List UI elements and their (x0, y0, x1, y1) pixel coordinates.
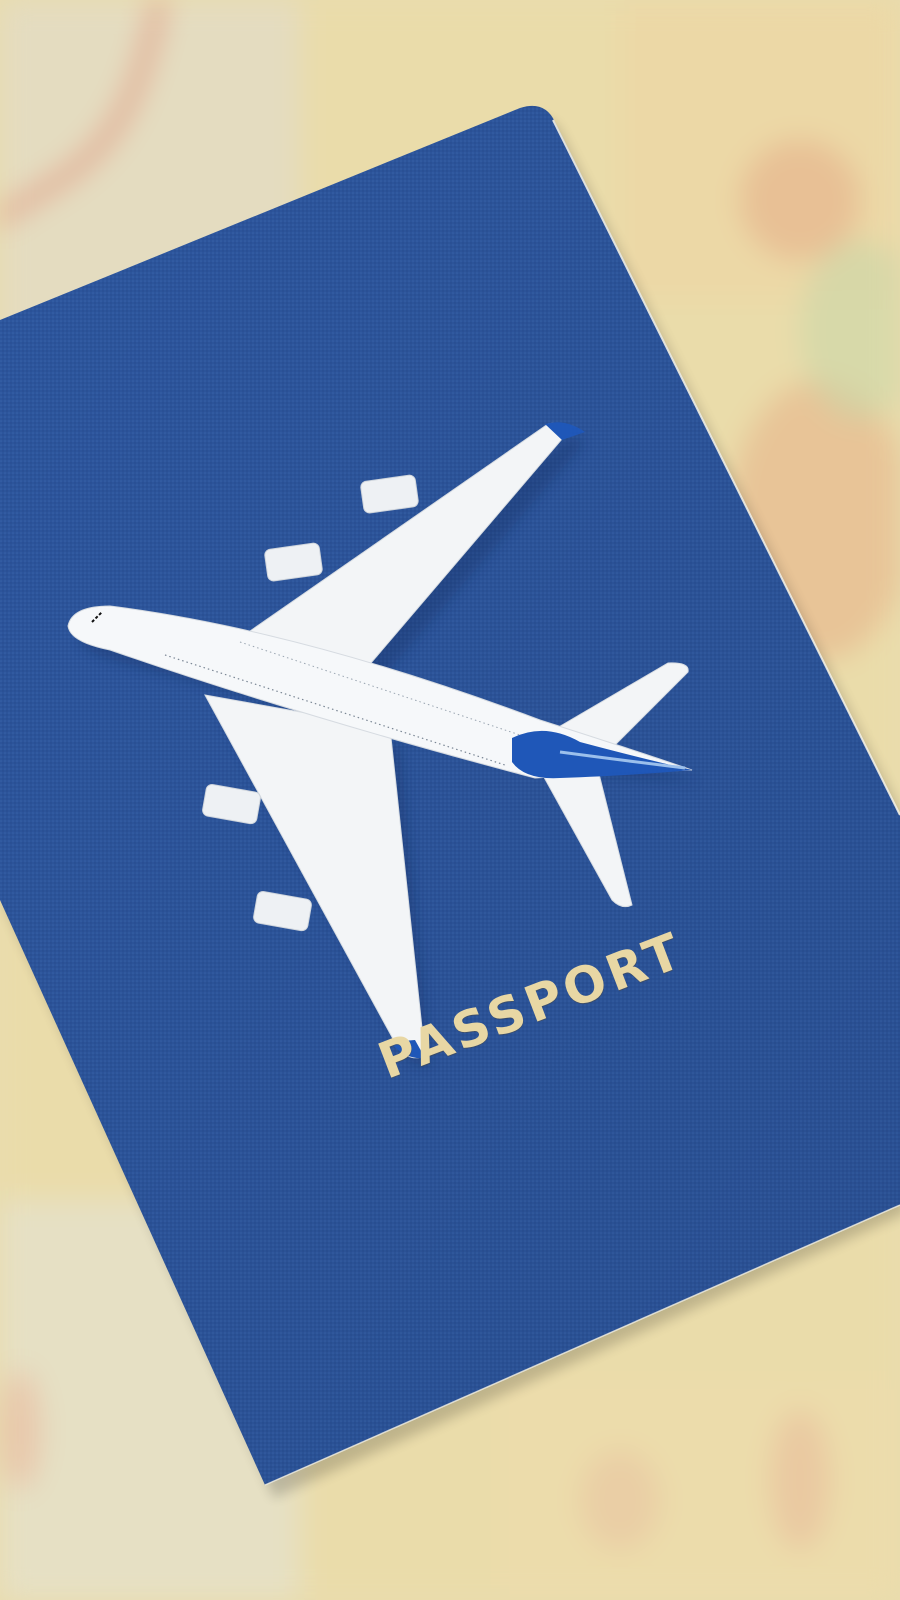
photo-scene: PASSPORT (0, 0, 900, 1600)
passport (0, 106, 900, 1485)
photo-foreground (0, 0, 900, 1600)
